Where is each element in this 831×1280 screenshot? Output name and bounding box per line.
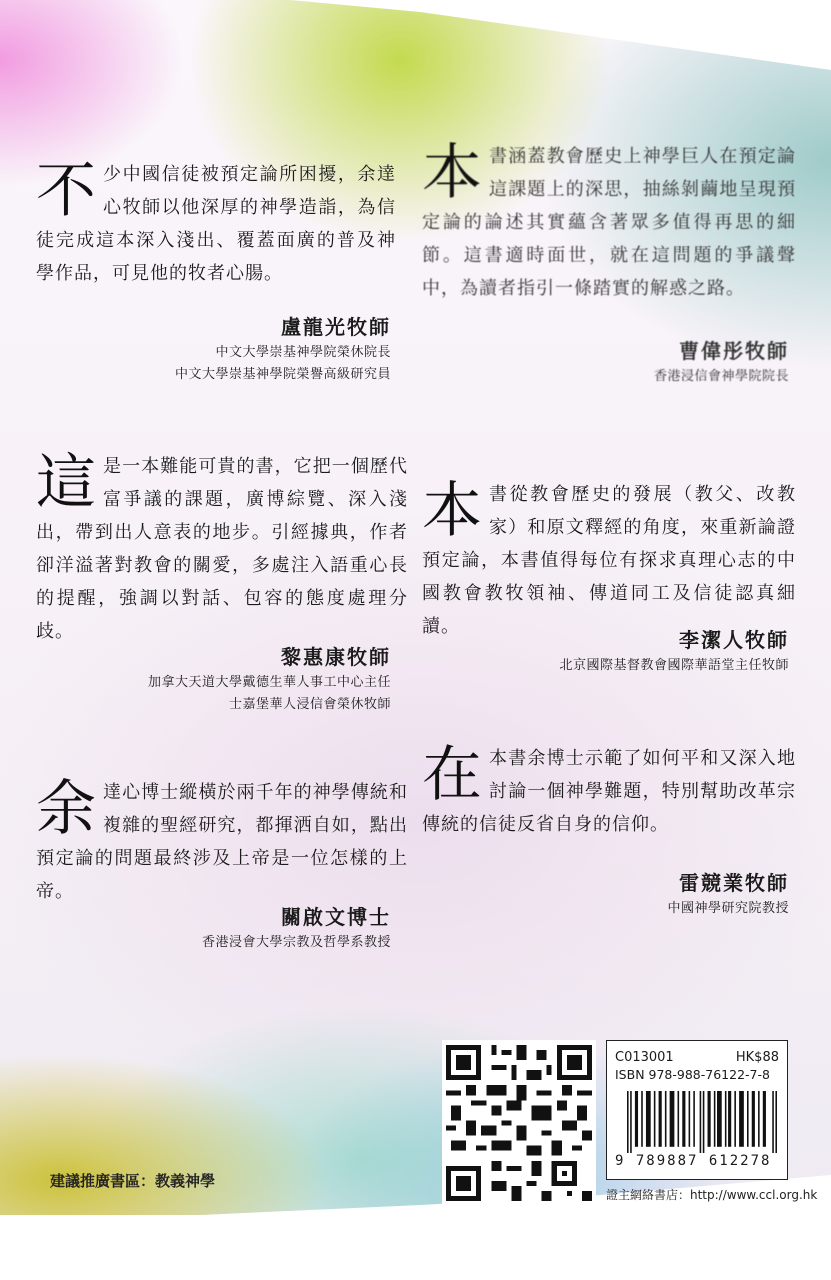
endorser-name: 李潔人牧師 (559, 625, 789, 655)
shelving-category: 建議推廣書區：教義神學 (50, 1170, 215, 1191)
dropcap: 在 (422, 746, 483, 804)
endorser-title: 加拿大天道大學戴德生華人事工中心主任 (148, 672, 391, 694)
endorsement-3: 這是一本難能可貴的書，它把一個歷代富爭議的課題，廣博綜覽、深入淺出，帶到出人意表… (36, 450, 408, 648)
qr-code-icon[interactable] (442, 1040, 596, 1206)
endorsement-5: 余達心博士縱橫於兩千年的神學傳統和複雜的聖經研究，都揮洒自如，點出預定論的問題最… (36, 776, 408, 908)
endorser-name: 曹偉彤牧師 (654, 336, 789, 366)
endorser-title: 香港浸會大學宗教及哲學系教授 (202, 932, 391, 954)
endorser-4: 李潔人牧師 北京國際基督教會國際華語堂主任牧師 (559, 625, 789, 677)
cover-bottom-edge (0, 1215, 831, 1280)
endorser-5: 關啟文博士 香港浸會大學宗教及哲學系教授 (202, 902, 391, 954)
dropcap: 本 (422, 144, 483, 202)
endorser-3: 黎惠康牧師 加拿大天道大學戴德生華人事工中心主任 士嘉堡華人浸信會榮休牧師 (148, 642, 391, 716)
endorser-title: 中文大學崇基神學院榮譽高級研究員 (175, 364, 391, 386)
dropcap: 余 (36, 780, 97, 838)
endorser-title: 中文大學崇基神學院榮休院長 (175, 342, 391, 364)
endorser-name: 盧龍光牧師 (175, 312, 391, 342)
endorser-name: 黎惠康牧師 (148, 642, 391, 672)
endorser-title: 北京國際基督教會國際華語堂主任牧師 (559, 655, 789, 677)
endorser-name: 雷競業牧師 (667, 868, 789, 898)
barcode-digits: 9 789887 612278 (615, 1153, 771, 1169)
endorser-title: 香港浸信會神學院院長 (654, 366, 789, 388)
endorsement-1: 不少中國信徒被預定論所困擾，余達心牧師以他深厚的神學造詣，為信徒完成這本深入淺出… (36, 158, 396, 290)
dropcap: 這 (36, 454, 97, 512)
endorser-6: 雷競業牧師 中國神學研究院教授 (667, 868, 789, 920)
endorsement-4: 本書從教會歷史的發展（教父、改教家）和原文釋經的角度，來重新論證預定論，本書值得… (422, 478, 796, 643)
online-store-link[interactable]: 證主網絡書店：http://www.ccl.org.hk (606, 1186, 817, 1203)
endorsement-2: 本書涵蓋教會歷史上神學巨人在預定論這課題上的深思，抽絲剝繭地呈現預定論的論述其實… (422, 140, 796, 305)
endorser-title: 中國神學研究院教授 (667, 898, 789, 920)
endorser-2: 曹偉彤牧師 香港浸信會神學院院長 (654, 336, 789, 388)
endorser-name: 關啟文博士 (202, 902, 391, 932)
isbn-barcode: C013001 HK$88 ISBN 978-988-76122-7-8 9 7… (606, 1040, 788, 1180)
dropcap: 本 (422, 482, 483, 540)
isbn: ISBN 978-988-76122-7-8 (607, 1067, 787, 1082)
endorser-title: 士嘉堡華人浸信會榮休牧師 (148, 694, 391, 716)
endorser-1: 盧龍光牧師 中文大學崇基神學院榮休院長 中文大學崇基神學院榮譽高級研究員 (175, 312, 391, 386)
dropcap: 不 (36, 162, 97, 220)
product-code: C013001 (615, 1050, 674, 1065)
endorsement-6: 在本書余博士示範了如何平和又深入地討論一個神學難題，特別幫助改革宗傳統的信徒反省… (422, 742, 796, 841)
barcode-icon (627, 1091, 777, 1153)
price: HK$88 (736, 1050, 779, 1065)
